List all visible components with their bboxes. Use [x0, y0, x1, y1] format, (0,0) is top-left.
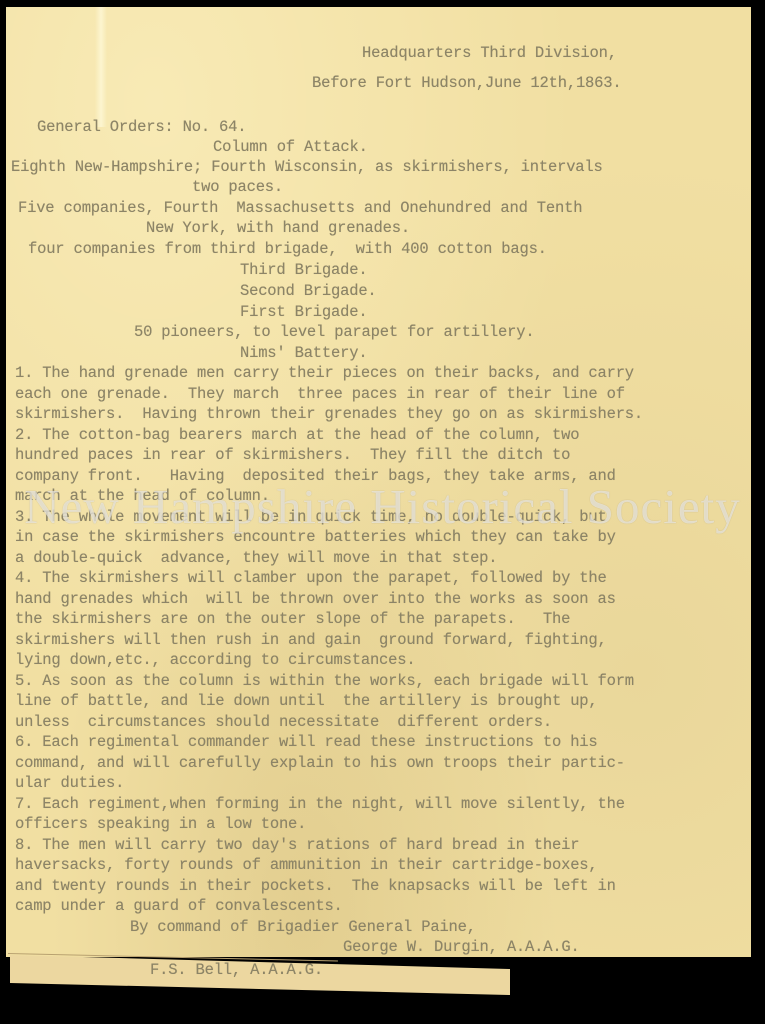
- instruction-line: 1. The hand grenade men carry their piec…: [15, 364, 634, 382]
- formation-line: four companies from third brigade, with …: [28, 240, 547, 258]
- formation-line: First Brigade.: [240, 303, 367, 321]
- instruction-line: camp under a guard of convalescents.: [15, 897, 343, 915]
- instruction-line: lying down,etc., according to circumstan…: [15, 651, 415, 669]
- paper-crease: [95, 7, 107, 127]
- instruction-line: 7. Each regiment,when forming in the nig…: [15, 795, 625, 813]
- instruction-line: 5. As soon as the column is within the w…: [15, 672, 634, 690]
- signature-bell: F.S. Bell, A.A.A.G.: [150, 961, 323, 979]
- formation-line: Eighth New-Hampshire; Fourth Wisconsin, …: [11, 158, 603, 176]
- watermark: New Hampshire Historical Society: [0, 478, 765, 535]
- heading-line-1: Headquarters Third Division,: [362, 44, 617, 62]
- heading-line-2: Before Fort Hudson,June 12th,1863.: [312, 74, 621, 92]
- instruction-line: haversacks, forty rounds of ammunition i…: [15, 856, 598, 874]
- orders-title: General Orders: No. 64.: [37, 118, 246, 136]
- formation-line: two paces.: [192, 178, 283, 196]
- formation-line: 50 pioneers, to level parapet for artill…: [134, 323, 534, 341]
- formation-line: Third Brigade.: [240, 261, 367, 279]
- instruction-line: a double-quick advance, they will move i…: [15, 549, 497, 567]
- instruction-line: the skirmishers are on the outer slope o…: [15, 610, 570, 628]
- instruction-line: each one grenade. They march three paces…: [15, 385, 625, 403]
- command-line: By command of Brigadier General Paine,: [130, 918, 476, 936]
- formation-line: Nims' Battery.: [240, 344, 367, 362]
- instruction-line: unless circumstances should necessitate …: [15, 713, 552, 731]
- instruction-line: ular duties.: [15, 774, 124, 792]
- formation-line: Second Brigade.: [240, 282, 377, 300]
- instruction-line: line of battle, and lie down until the a…: [15, 692, 598, 710]
- instruction-line: command, and will carefully explain to h…: [15, 754, 625, 772]
- instruction-line: skirmishers. Having thrown their grenade…: [15, 405, 643, 423]
- formation-line: New York, with hand grenades.: [146, 219, 410, 237]
- instruction-line: 8. The men will carry two day's rations …: [15, 836, 579, 854]
- instruction-line: and twenty rounds in their pockets. The …: [15, 877, 616, 895]
- instruction-line: officers speaking in a low tone.: [15, 815, 306, 833]
- formation-title: Column of Attack.: [213, 138, 368, 156]
- instruction-line: hand grenades which will be thrown over …: [15, 590, 616, 608]
- instruction-line: hundred paces in rear of skirmishers. Th…: [15, 446, 570, 464]
- instruction-line: 2. The cotton-bag bearers march at the h…: [15, 426, 579, 444]
- instruction-line: skirmishers will then rush in and gain g…: [15, 631, 607, 649]
- instruction-line: 6. Each regimental commander will read t…: [15, 733, 598, 751]
- formation-line: Five companies, Fourth Massachusetts and…: [18, 199, 582, 217]
- instruction-line: 4. The skirmishers will clamber upon the…: [15, 569, 607, 587]
- signature-durgin: George W. Durgin, A.A.A.G.: [343, 938, 580, 956]
